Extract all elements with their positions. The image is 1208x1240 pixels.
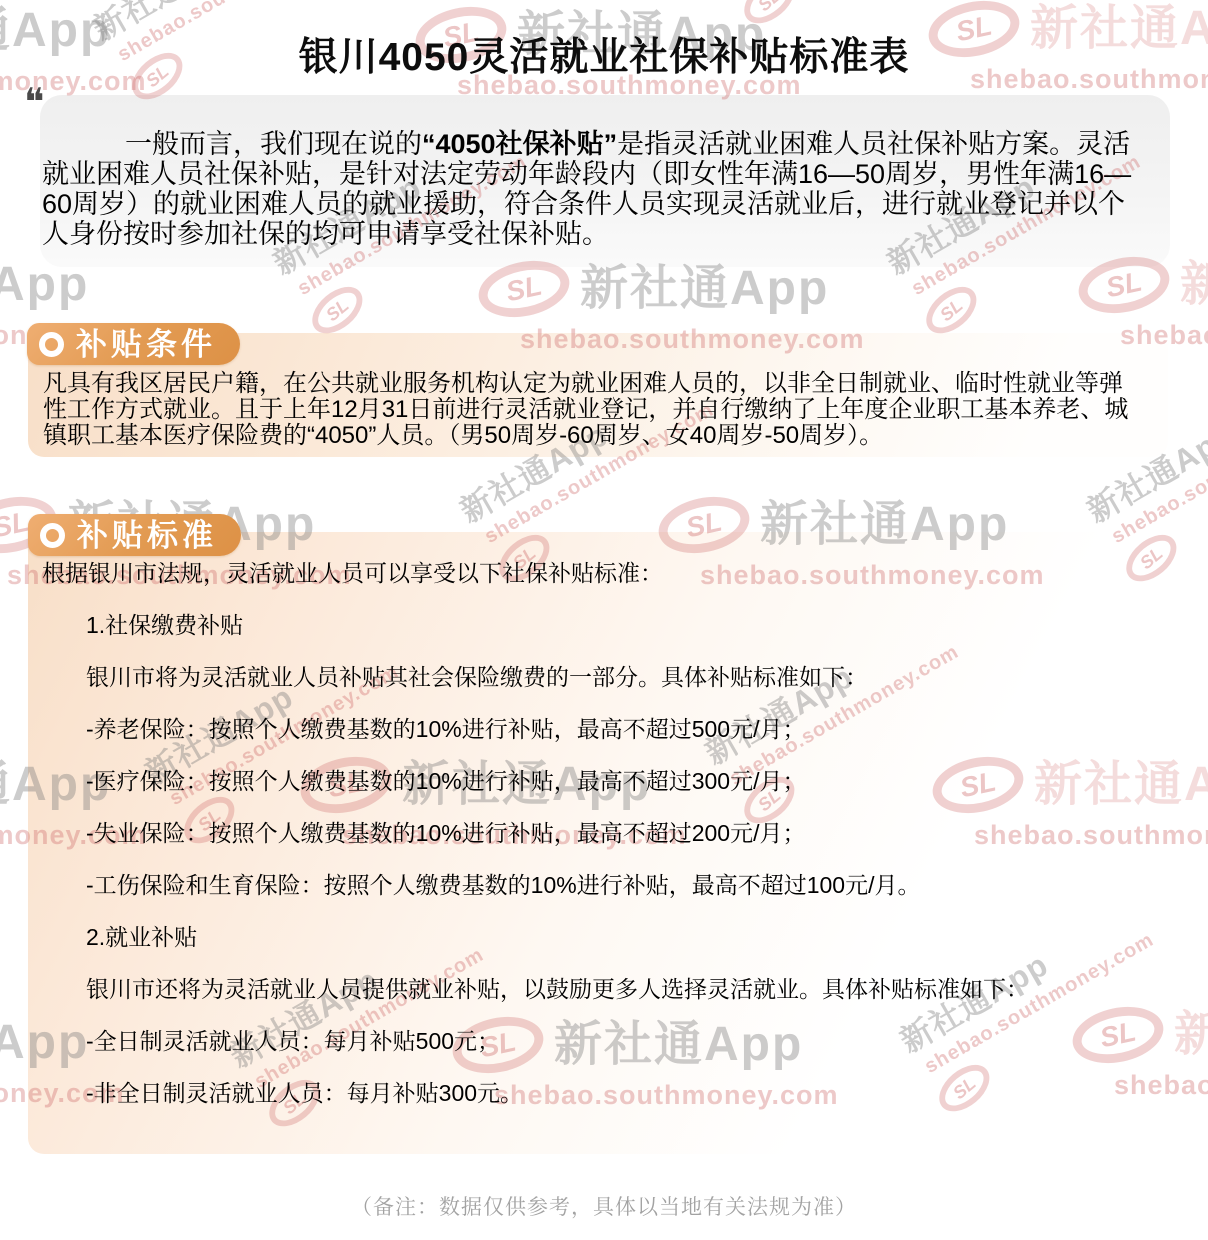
standards-item: 1.社保缴费补贴 [86,612,1029,638]
ring-circle-icon [39,332,64,357]
page-title: 银川4050灵活就业社保补贴标准表 [0,26,1208,82]
conditions-line-3: 镇职工基本医疗保险费的“4050”人员。（男50周岁-60周岁、女40周岁-50… [43,423,1128,449]
intro-line1-pre: 一般而言，我们现在说的 [125,129,422,159]
conditions-badge-label: 补贴条件 [76,329,216,360]
standards-item: 银川市将为灵活就业人员补贴其社会保险缴费的一部分。具体补贴标准如下： [86,664,1029,690]
standards-item: -养老保险：按照个人缴费基数的10%进行补贴，最高不超过500元/月； [86,716,1029,742]
intro-line1-post: 是指灵活就业困难人员社保补贴方案。灵活 [617,129,1130,159]
standards-badge: 补贴标准 [28,514,241,556]
intro-line-2: 就业困难人员社保补贴，是针对法定劳动年龄段内（即女性年满16—50周岁，男性年满… [42,159,1131,189]
standards-item: 银川市还将为灵活就业人员提供就业补贴，以鼓励更多人选择灵活就业。具体补贴标准如下… [86,976,1029,1002]
standards-item: -非全日制灵活就业人员：每月补贴300元。 [86,1080,1029,1106]
article-page: SL新社通Appshebao.southmoney.comSL新社通Appshe… [0,0,1208,1240]
conditions-line-1: 凡具有我区居民户籍，在公共就业服务机构认定为就业困难人员的，以非全日制就业、临时… [43,371,1128,397]
intro-paragraph: 一般而言，我们现在说的“4050社保补贴”是指灵活就业困难人员社保补贴方案。灵活… [42,129,1131,249]
standards-item: -失业保险：按照个人缴费基数的10%进行补贴，最高不超过200元/月； [86,820,1029,846]
quote-icon: ❝ [24,84,44,122]
standards-item: 2.就业补贴 [86,924,1029,950]
content-layer: 银川4050灵活就业社保补贴标准表 ❝ 一般而言，我们现在说的“4050社保补贴… [0,0,1208,1240]
conditions-paragraph: 凡具有我区居民户籍，在公共就业服务机构认定为就业困难人员的，以非全日制就业、临时… [43,371,1128,449]
ring-circle-icon [40,523,65,548]
conditions-badge: 补贴条件 [27,323,240,365]
conditions-line-2: 性工作方式就业。且于上年12月31日前进行灵活就业登记，并自行缴纳了上年度企业职… [43,397,1128,423]
standards-item: -全日制灵活就业人员：每月补贴500元； [86,1028,1029,1054]
standards-lead: 根据银川市法规，灵活就业人员可以享受以下社保补贴标准： [42,560,1029,586]
footer-note: （备注：数据仅供参考，具体以当地有关法规为准） [0,1191,1208,1221]
intro-line-3: 60周岁）的就业困难人员的就业援助，符合条件人员实现灵活就业后，进行就业登记并以… [42,189,1131,219]
intro-line-1: 一般而言，我们现在说的“4050社保补贴”是指灵活就业困难人员社保补贴方案。灵活 [42,129,1131,159]
standards-item: -工伤保险和生育保险：按照个人缴费基数的10%进行补贴，最高不超过100元/月。 [86,872,1029,898]
intro-line-4: 人身份按时参加社保的均可申请享受社保补贴。 [42,219,1131,249]
standards-item: -医疗保险：按照个人缴费基数的10%进行补贴，最高不超过300元/月； [86,768,1029,794]
standards-content: 根据银川市法规，灵活就业人员可以享受以下社保补贴标准： 1.社保缴费补贴 银川市… [42,560,1029,1132]
intro-line1-bold: “4050社保补贴” [422,129,617,159]
standards-badge-label: 补贴标准 [77,520,217,551]
